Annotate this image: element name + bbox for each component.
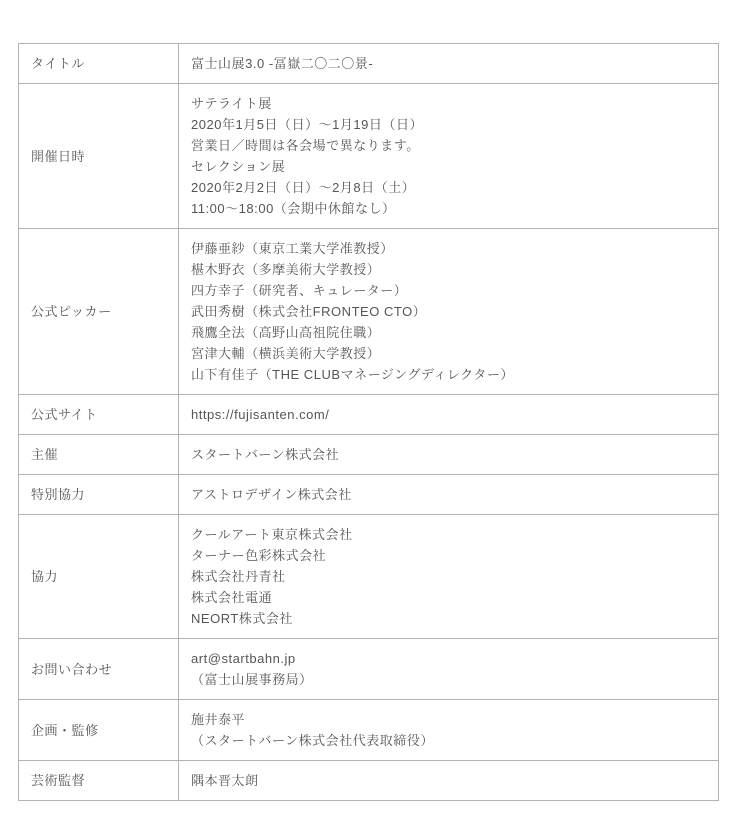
row-value: art@startbahn.jp （富士山展事務局） [179, 639, 719, 700]
table-row-cooperation: 協力 クールアート東京株式会社 ターナー色彩株式会社 株式会社丹青社 株式会社電… [19, 515, 719, 639]
row-value: クールアート東京株式会社 ターナー色彩株式会社 株式会社丹青社 株式会社電通 N… [179, 515, 719, 639]
row-value: 伊藤亜紗（東京工業大学准教授） 椹木野衣（多摩美術大学教授） 四方幸子（研究者、… [179, 229, 719, 395]
table-row-special-cooperation: 特別協力 アストロデザイン株式会社 [19, 475, 719, 515]
row-label: 主催 [19, 435, 179, 475]
table-row-dates: 開催日時 サテライト展 2020年1月5日（日）〜1月19日（日） 営業日／時間… [19, 84, 719, 229]
table-row-official-site: 公式サイト https://fujisanten.com/ [19, 395, 719, 435]
table-row-title: タイトル 富士山展3.0 -冨嶽二〇二〇景- [19, 44, 719, 84]
table-row-planning-supervision: 企画・監修 施井泰平 （スタートバーン株式会社代表取締役） [19, 700, 719, 761]
page: タイトル 富士山展3.0 -冨嶽二〇二〇景- 開催日時 サテライト展 2020年… [0, 0, 740, 801]
row-value: サテライト展 2020年1月5日（日）〜1月19日（日） 営業日／時間は各会場で… [179, 84, 719, 229]
table-row-organizer: 主催 スタートバーン株式会社 [19, 435, 719, 475]
row-label: 開催日時 [19, 84, 179, 229]
row-label: 協力 [19, 515, 179, 639]
row-label: 芸術監督 [19, 761, 179, 801]
row-value site-url: https://fujisanten.com/ [179, 395, 719, 435]
row-value: 隅本晋太朗 [179, 761, 719, 801]
table-row-official-pickers: 公式ピッカー 伊藤亜紗（東京工業大学准教授） 椹木野衣（多摩美術大学教授） 四方… [19, 229, 719, 395]
row-value: 施井泰平 （スタートバーン株式会社代表取締役） [179, 700, 719, 761]
table-row-art-director: 芸術監督 隅本晋太朗 [19, 761, 719, 801]
table-row-contact: お問い合わせ art@startbahn.jp （富士山展事務局） [19, 639, 719, 700]
row-label: お問い合わせ [19, 639, 179, 700]
row-label: 公式サイト [19, 395, 179, 435]
row-value: アストロデザイン株式会社 [179, 475, 719, 515]
exhibition-info-table: タイトル 富士山展3.0 -冨嶽二〇二〇景- 開催日時 サテライト展 2020年… [18, 43, 719, 801]
row-label: タイトル [19, 44, 179, 84]
row-value: スタートバーン株式会社 [179, 435, 719, 475]
row-value: 富士山展3.0 -冨嶽二〇二〇景- [179, 44, 719, 84]
row-label: 特別協力 [19, 475, 179, 515]
row-label: 公式ピッカー [19, 229, 179, 395]
row-label: 企画・監修 [19, 700, 179, 761]
